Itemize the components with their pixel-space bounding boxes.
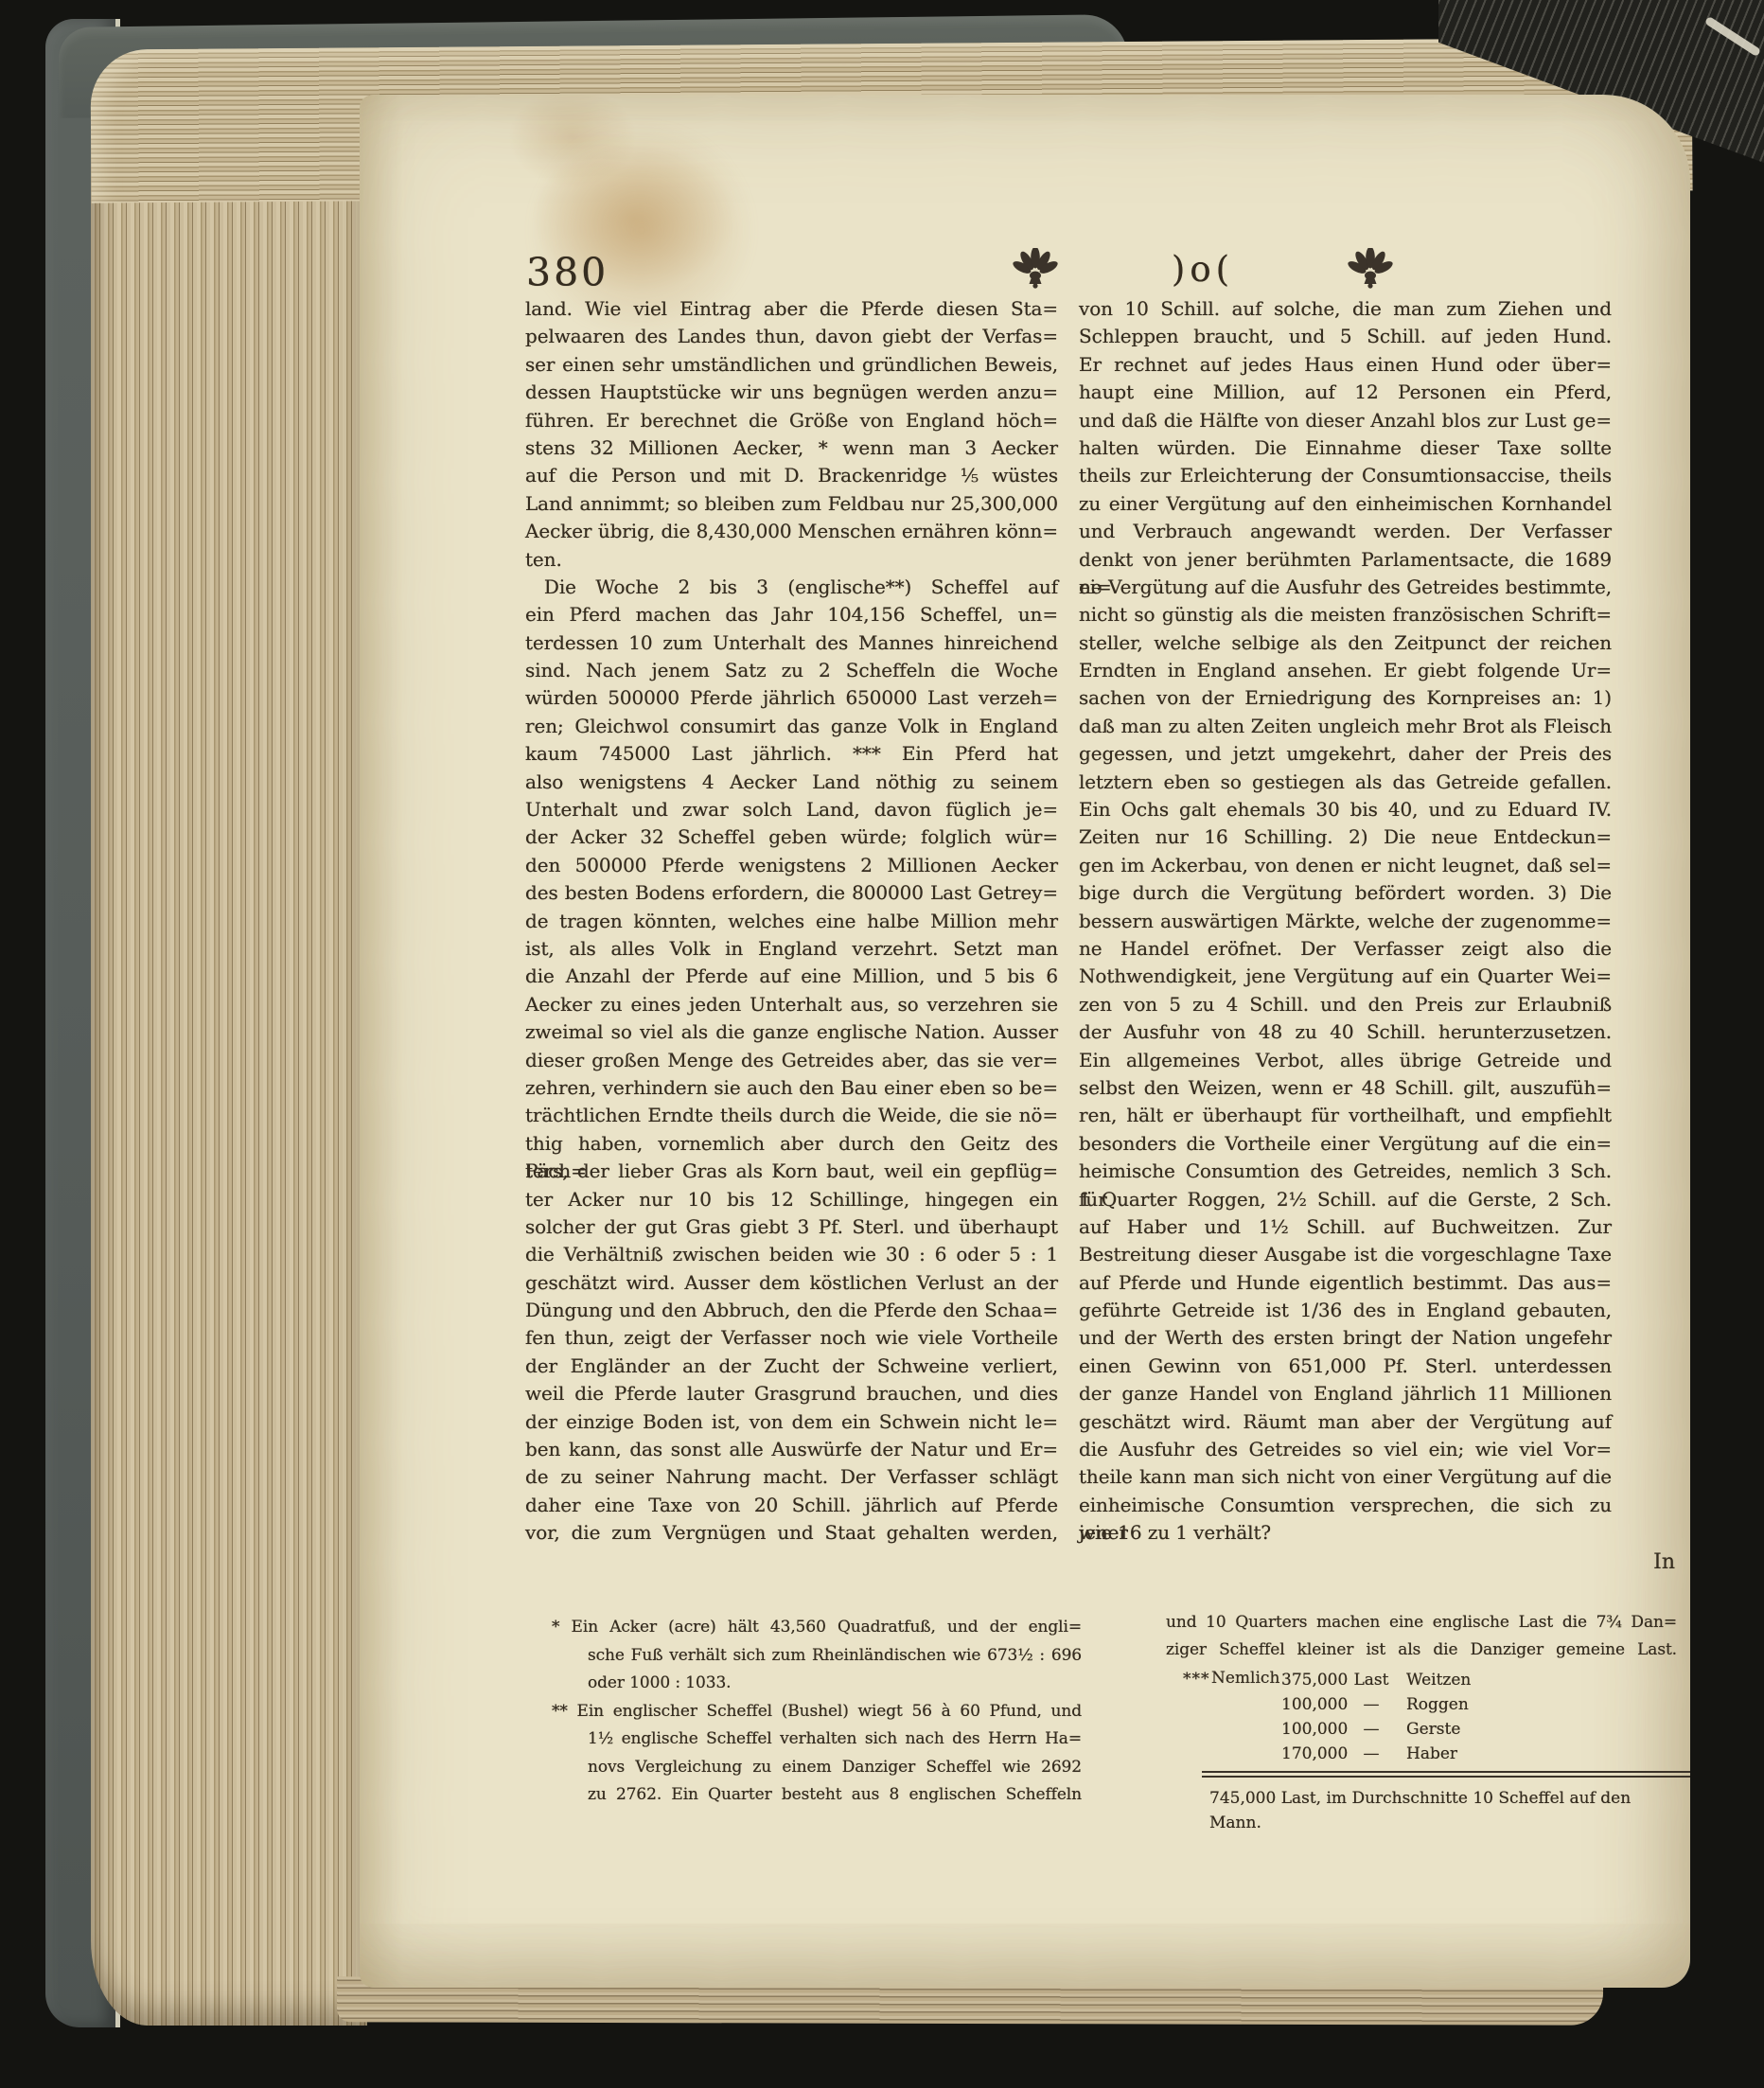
header-ornament-center: )o( [1172,249,1234,290]
text-line: ziger Scheffel kleiner ist als die Danzi… [1166,1637,1677,1664]
text-line: wie 16 zu 1 verhält? [1079,1519,1612,1547]
footnote-table-total: 745,000 Last, im Durchschnitte 10 Scheff… [1209,1786,1685,1835]
text-line: daher eine Taxe von 20 Schill. jährlich … [525,1492,1058,1519]
text-line: kaum 745000 Last jährlich. *** Ein Pferd… [525,740,1058,768]
text-line: de zu seiner Nahrung macht. Der Verfasse… [525,1463,1058,1491]
text-line: ters, der lieber Gras als Korn baut, wei… [525,1158,1058,1185]
text-line: ist, als alles Volk in England verzehrt.… [525,935,1058,963]
text-line: einheimische Consumtion versprechen, die… [1079,1492,1612,1519]
footnote-marker: *** [1183,1670,1210,1689]
text-line: ten. [525,546,1058,574]
text-line: Ein Ochs galt ehemals 30 bis 40, und zu … [1079,796,1612,823]
row-item: Haber [1406,1742,1457,1766]
text-line: daß man zu alten Zeiten ungleich mehr Br… [1079,713,1612,740]
text-line: der einzige Boden ist, von dem ein Schwe… [525,1408,1058,1436]
row-value: 170,000 [1281,1742,1344,1766]
shell-ornament-icon [1348,248,1393,290]
text-line: Düngung und den Abbruch, den die Pferde … [525,1297,1058,1324]
text-line: nicht so günstig als die meisten französ… [1079,601,1612,628]
text-column-right: von 10 Schill. auf solche, die man zum Z… [1079,295,1612,1548]
text-line: Aecker zu eines jeden Unterhalt aus, so … [525,991,1058,1018]
text-line: Schleppen braucht, und 5 Schill. auf jed… [1079,323,1612,350]
row-item: Roggen [1406,1692,1469,1717]
text-line: ** Ein englischer Scheffel (Bushel) wieg… [588,1698,1082,1726]
text-line: gen im Ackerbau, von denen er nicht leug… [1079,852,1612,879]
text-line: auf Haber und 1½ Schill. auf Buchweitzen… [1079,1213,1612,1241]
text-line: ne Handel eröfnet. Der Verfasser zeigt a… [1079,935,1612,963]
text-line: geführte Getreide ist 1/36 des in Englan… [1079,1297,1612,1324]
text-line: fen thun, zeigt der Verfasser noch wie v… [525,1324,1058,1352]
text-line: die Ausfuhr des Getreides so viel ein; w… [1079,1436,1612,1463]
text-line: ren; Gleichwol consumirt das ganze Volk … [525,713,1058,740]
footnote-table-label: Nemlich [1211,1669,1279,1688]
text-line: und Verbrauch angewandt werden. Der Verf… [1079,518,1612,545]
text-line: novs Vergleichung zu einem Danziger Sche… [588,1754,1082,1782]
footnote-table-row: 100,000—Gerste [1281,1717,1685,1742]
text-line: geschätzt wird. Ausser dem köstlichen Ve… [525,1269,1058,1297]
text-line: geschätzt wird. Räumt man aber der Vergü… [1079,1408,1612,1436]
text-line: ren, hält er überhaupt für vortheilhaft,… [1079,1102,1612,1129]
text-line: würden 500000 Pferde jährlich 650000 Las… [525,684,1058,712]
text-line: letztern eben so gestiegen als das Getre… [1079,769,1612,796]
row-separator: — [1344,1692,1399,1717]
text-line: oder 1000 : 1033. [588,1670,1082,1698]
text-line: trächtlichen Erndte theils durch die Wei… [525,1102,1058,1129]
row-separator: — [1344,1742,1399,1766]
text-line: 1 Quarter Roggen, 2½ Schill. auf die Ger… [1079,1186,1612,1213]
text-line: weil die Pferde lauter Grasgrund brauche… [525,1380,1058,1407]
text-line: sind. Nach jenem Satz zu 2 Scheffeln die… [525,657,1058,684]
text-line: gegessen, und jetzt umgekehrt, daher der… [1079,740,1612,768]
text-line: bessern auswärtigen Märkte, welche der z… [1079,908,1612,935]
text-line: besonders die Vortheile einer Vergütung … [1079,1130,1612,1158]
text-line: der Acker 32 Scheffel geben würde; folgl… [525,823,1058,851]
text-line: theile kann man sich nicht von einer Ver… [1079,1463,1612,1491]
text-line: de tragen könnten, welches eine halbe Mi… [525,908,1058,935]
text-line: und 10 Quarters machen eine englische La… [1166,1609,1677,1637]
footnote-table: *** Nemlich 375,000LastWeitzen100,000—Ro… [1166,1668,1685,1835]
text-line: steller, welche selbige als den Zeitpunc… [1079,629,1612,657]
text-line: Die Woche 2 bis 3 (englische**) Scheffel… [525,574,1058,601]
footnote-table-row: 100,000—Roggen [1281,1692,1685,1717]
footnotes-left: * Ein Acker (acre) hält 43,560 Quadratfu… [552,1614,1082,1810]
text-line: Nothwendigkeit, jene Vergütung auf ein Q… [1079,963,1612,990]
row-value: 100,000 [1281,1717,1344,1742]
text-line: ter Acker nur 10 bis 12 Schillinge, hing… [525,1186,1058,1213]
text-line: die Verhältniß zwischen beiden wie 30 : … [525,1241,1058,1268]
text-line: zu einer Vergütung auf den einheimischen… [1079,490,1612,518]
text-line: den 500000 Pferde wenigstens 2 Millionen… [525,852,1058,879]
text-line: solcher der gut Gras giebt 3 Pf. Sterl. … [525,1213,1058,1241]
text-line: bige durch die Vergütung befördert worde… [1079,879,1612,907]
text-line: sachen von der Erniedrigung des Kornprei… [1079,684,1612,712]
text-line: selbst den Weizen, wenn er 48 Schill. gi… [1079,1074,1612,1102]
text-line: Bestreitung dieser Ausgabe ist die vorge… [1079,1241,1612,1268]
text-line: ein Pferd machen das Jahr 104,156 Scheff… [525,601,1058,628]
shell-ornament-icon [1013,248,1058,290]
page-number: 380 [526,250,609,295]
text-line: auf die Person und mit D. Brackenridge ⅕… [525,462,1058,489]
text-line: theils zur Erleichterung der Consumtions… [1079,462,1612,489]
text-line: der Engländer an der Zucht der Schweine … [525,1353,1058,1380]
text-line: Aecker übrig, die 8,430,000 Menschen ern… [525,518,1058,545]
text-line: Land annimmt; so bleiben zum Feldbau nur… [525,490,1058,518]
text-line: und der Werth des ersten bringt der Nati… [1079,1324,1612,1352]
row-separator: Last [1344,1668,1399,1692]
text-line: ser einen sehr umständlichen und gründli… [525,351,1058,379]
text-line: terdessen 10 zum Unterhalt des Mannes hi… [525,629,1058,657]
text-line: ben kann, das sonst alle Auswürfe der Na… [525,1436,1058,1463]
text-line: von 10 Schill. auf solche, die man zum Z… [1079,295,1612,323]
text-line: zehren, verhindern sie auch den Bau eine… [525,1074,1058,1102]
text-line: * Ein Acker (acre) hält 43,560 Quadratfu… [588,1614,1082,1642]
text-line: halten würden. Die Einnahme dieser Taxe … [1079,434,1612,462]
text-line: sche Fuß verhält sich zum Rheinländische… [588,1642,1082,1671]
text-line: denkt von jener berühmten Parlamentsacte… [1079,546,1612,574]
text-line: ne Vergütung auf die Ausfuhr des Getreid… [1079,574,1612,601]
scanned-book-photo: 380 )o( [0,0,1764,2088]
text-line: der Ausfuhr von 48 zu 40 Schill. herunte… [1079,1018,1612,1046]
text-line: des besten Bodens erfordern, die 800000 … [525,879,1058,907]
page-stack-fore-edge [91,55,367,2026]
footnotes-right: und 10 Quarters machen eine englische La… [1166,1609,1685,1835]
row-value: 375,000 [1281,1668,1344,1692]
text-line: 1½ englische Scheffel verhalten sich nac… [588,1725,1082,1754]
row-item: Gerste [1406,1717,1460,1742]
text-line: Ein allgemeines Verbot, alles übrige Get… [1079,1047,1612,1074]
text-line: zen von 5 zu 4 Schill. und den Preis zur… [1079,991,1612,1018]
text-line: Erndten in England ansehen. Er giebt fol… [1079,657,1612,684]
header-ornaments: )o( [1013,244,1393,293]
text-line: der ganze Handel von England jährlich 11… [1079,1380,1612,1407]
footnote-table-rule [1202,1771,1690,1778]
row-item: Weitzen [1406,1668,1471,1692]
text-line: die Anzahl der Pferde auf eine Million, … [525,963,1058,990]
footnote-table-rows: 375,000LastWeitzen100,000—Roggen100,000—… [1281,1668,1685,1766]
text-line: zu 2762. Ein Quarter besteht aus 8 engli… [588,1781,1082,1810]
text-line: einen Gewinn von 651,000 Pf. Sterl. unte… [1079,1353,1612,1380]
text-line: und daß die Hälfte von dieser Anzahl blo… [1079,407,1612,434]
text-line: heimische Consumtion des Getreides, neml… [1079,1158,1612,1185]
book-page: 380 )o( [360,95,1690,1988]
footnote-table-row: 375,000LastWeitzen [1281,1668,1685,1692]
text-line: zweimal so viel als die ganze englische … [525,1018,1058,1046]
text-line: also wenigstens 4 Aecker Land nöthig zu … [525,769,1058,796]
row-separator: — [1344,1717,1399,1742]
text-line: dessen Hauptstücke wir uns begnügen werd… [525,379,1058,406]
text-line: Unterhalt und zwar solch Land, davon füg… [525,796,1058,823]
row-value: 100,000 [1281,1692,1344,1717]
footnote-continuation: und 10 Quarters machen eine englische La… [1166,1609,1685,1664]
text-line: führen. Er berechnet die Größe von Engla… [525,407,1058,434]
text-line: stens 32 Millionen Aecker, * wenn man 3 … [525,434,1058,462]
text-line: thig haben, vornemlich aber durch den Ge… [525,1130,1058,1158]
text-line: pelwaaren des Landes thun, davon giebt d… [525,323,1058,350]
text-column-left: land. Wie viel Eintrag aber die Pferde d… [525,295,1058,1548]
text-line: haupt eine Million, auf 12 Personen ein … [1079,379,1612,406]
catchword: In [1465,1550,1675,1574]
text-line: land. Wie viel Eintrag aber die Pferde d… [525,295,1058,323]
text-line: vor, die zum Vergnügen und Staat gehalte… [525,1519,1058,1547]
text-line: Zeiten nur 16 Schilling. 2) Die neue Ent… [1079,823,1612,851]
text-line: auf Pferde und Hunde eigentlich bestimmt… [1079,1269,1612,1297]
text-line: Er rechnet auf jedes Haus einen Hund ode… [1079,351,1612,379]
footnote-table-row: 170,000—Haber [1281,1742,1685,1766]
text-line: dieser großen Menge des Getreides aber, … [525,1047,1058,1074]
